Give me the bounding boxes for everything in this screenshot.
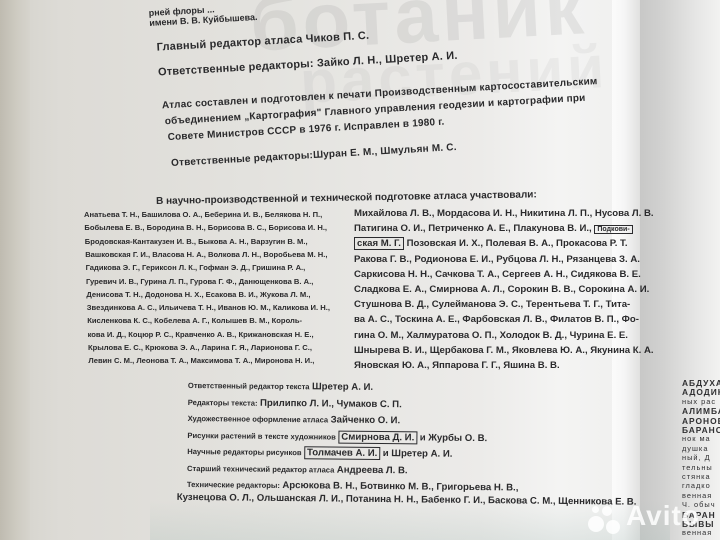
credit-label: Старший технический редактор атласа <box>187 463 334 474</box>
participant-line: ва А. С., Тоскина А. Е., Фарбовская Л. В… <box>354 314 639 325</box>
right-page-fragment: нок ма <box>682 434 711 443</box>
credit-label: Рисунки растений в тексте художников <box>187 430 336 441</box>
names-text: ва А. С., Тоскина А. Е., Фарбовская Л. В… <box>354 314 639 325</box>
names-text: Патигина О. И., Петриченко А. Е., Плакун… <box>354 223 592 234</box>
names-text: Яновская Ю. А., Яппарова Г. Г., Яшина В.… <box>354 360 560 371</box>
right-page-fragment: ных рас <box>682 397 716 406</box>
participant-line: Вашковская Г. И., Власова Н. А., Волкова… <box>85 250 327 259</box>
credit-line: Кузнецова О. Л., Ольшанская Л. И., Потан… <box>177 492 637 508</box>
credit-label: Редакторы текста: <box>188 397 258 407</box>
credit-line: Рисунки растений в тексте художников Сми… <box>187 429 487 443</box>
participant-line: Стушнова В. Д., Сулейманова Э. С., Терен… <box>354 299 630 310</box>
right-page-fragment: гладко <box>682 481 711 490</box>
atlas-imprint-page: рней флоры ... имени В. В. Куйбышева. Гл… <box>0 0 720 540</box>
credit-line: Технические редакторы: Арсюкова В. Н., Б… <box>187 479 519 493</box>
highlighted-name: ская М. Г. <box>354 237 404 250</box>
highlighted-name: Подкови- <box>594 225 632 234</box>
credit-names: Андреева Л. В. <box>337 464 408 476</box>
credit-label: Технические редакторы: <box>187 480 280 490</box>
participant-line: Яновская Ю. А., Яппарова Г. Г., Яшина В.… <box>354 360 560 371</box>
responsible-editors: Ответственные редакторы: Зайко Л. Н., Шр… <box>158 50 458 79</box>
credit-label: Научные редакторы рисунков <box>187 447 301 457</box>
participant-line: Сладкова Е. А., Смирнова А. Л., Сорокин … <box>354 284 649 295</box>
participant-line: Шнырева В. И., Щербакова Г. М., Яковлева… <box>354 345 654 356</box>
credit-line: Старший технический редактор атласа Андр… <box>187 462 408 475</box>
participant-line: Михайлова Л. В., Мордасова И. Н., Никити… <box>354 208 654 219</box>
names-text: Саркисова Н. Н., Сачкова Т. А., Сергеев … <box>354 269 641 280</box>
right-page-fragment: стянка <box>682 472 711 481</box>
names-text: гина О. М., Халмуратова О. П., Холодок В… <box>354 330 628 341</box>
credit-names: Кузнецова О. Л., Ольшанская Л. И., Потан… <box>177 492 637 508</box>
participant-line: Денисова Т. Н., Додонова Н. Х., Есакова … <box>86 290 310 299</box>
participant-line: Левин С. М., Леонова Т. А., Максимова Т.… <box>88 356 314 365</box>
participant-line: Крылова Е. С., Крюкова Э. А., Ларина Г. … <box>88 343 312 352</box>
participant-line: Бродовская-Кантакузен И. В., Быкова А. Н… <box>85 237 308 246</box>
credit-names: Зайченко О. И. <box>331 414 401 426</box>
credit-label: Ответственный редактор текста <box>188 381 310 391</box>
credit-label: Художественное оформление атласа <box>188 414 329 424</box>
participant-line: кова И. Д., Коцюр Р. С., Кравченко А. В.… <box>88 330 314 339</box>
credit-line: Художественное оформление атласа Зайченк… <box>188 413 401 426</box>
chief-editor: Главный редактор атласа Чиков П. С. <box>156 30 369 54</box>
right-page-fragment: венная <box>682 491 712 500</box>
names-text: Шнырева В. И., Щербакова Г. М., Яковлева… <box>354 345 654 356</box>
credit-line: Научные редакторы рисунков Толмачев А. И… <box>187 446 452 460</box>
participant-line: гина О. М., Халмуратова О. П., Холодок В… <box>354 330 628 341</box>
right-page-fragment: ный, Д <box>682 453 711 462</box>
avito-logo-icon <box>586 502 622 538</box>
names-text: Стушнова В. Д., Сулейманова Э. С., Терен… <box>354 299 630 310</box>
credit-names: и Журбы О. В. <box>420 432 488 444</box>
responsible-editors-2: Ответственные редакторы:Шуран Е. М., Шму… <box>171 142 457 169</box>
credit-names: и Шретер А. И. <box>383 448 453 460</box>
participant-line: Анатьева Т. Н., Башилова О. А., Беберина… <box>84 210 322 219</box>
participant-line: Саркисова Н. Н., Сачкова Т. А., Сергеев … <box>354 269 641 280</box>
credit-line: Ответственный редактор текста Шретер А. … <box>188 380 373 393</box>
credit-names: Арсюкова В. Н., Ботвинко М. В., Григорье… <box>282 480 518 493</box>
names-text: Сладкова Е. А., Смирнова А. Л., Сорокин … <box>354 284 649 295</box>
participant-line: Бобылева Е. В., Бородина В. Н., Борисова… <box>84 223 327 232</box>
right-page-fragment: душка <box>682 444 708 453</box>
credit-names: Шретер А. И. <box>312 381 373 393</box>
participant-line: Гуревич И. В., Гурина Л. П., Гурова Г. Ф… <box>86 277 313 286</box>
names-text: Михайлова Л. В., Мордасова И. Н., Никити… <box>354 208 654 219</box>
right-page-fragment: тельны <box>682 463 713 472</box>
participants-heading: В научно-производственной и технической … <box>156 189 537 207</box>
participant-line: Кисленкова К. С., Кобелева А. Г., Колыше… <box>87 316 302 325</box>
participant-line: Звездинкова А. С., Ильичева Т. Н., Ивано… <box>87 303 330 312</box>
participant-line: ская М. Г. Позовская И. Х., Полевая В. А… <box>354 238 628 249</box>
names-text: Позовская И. Х., Полевая В. А., Прокасов… <box>407 238 628 249</box>
participant-line: Патигина О. И., Петриченко А. Е., Плакун… <box>354 223 633 234</box>
highlighted-name: Смирнова Д. И. <box>338 430 417 444</box>
names-text: Ракова Г. В., Родионова Е. И., Рубцова Л… <box>354 254 640 265</box>
avito-watermark: Avito <box>626 500 700 532</box>
highlighted-name: Толмачев А. И. <box>304 446 380 460</box>
credit-line: Редакторы текста: Прилипко Л. И., Чумако… <box>188 396 402 409</box>
participant-line: Гадикова Э. Г., Гериксон Л. К., Гофман Э… <box>86 263 306 272</box>
credit-names: Прилипко Л. И., Чумаков С. П. <box>260 397 402 409</box>
participant-line: Ракова Г. В., Родионова Е. И., Рубцова Л… <box>354 254 640 265</box>
